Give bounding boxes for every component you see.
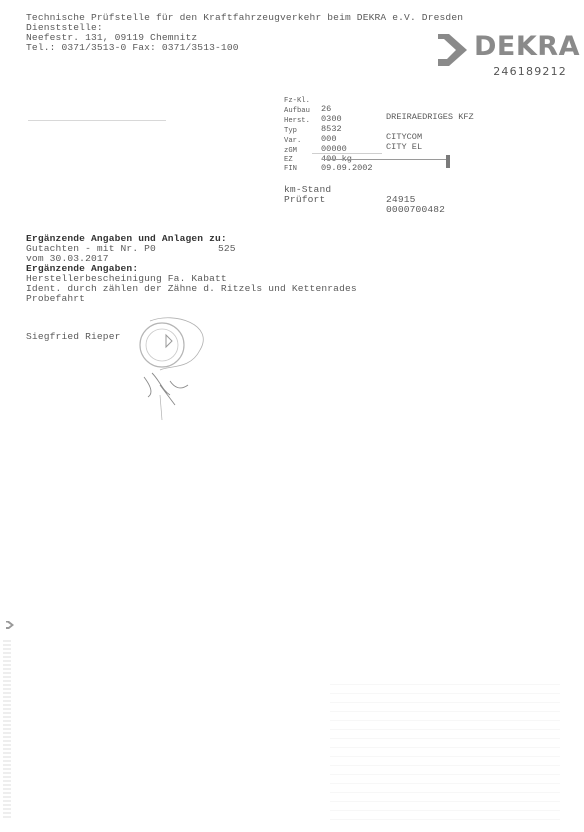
fin-redaction-end: [446, 155, 450, 168]
signer-name: Siegfried Rieper: [26, 332, 121, 342]
dekra-wordmark: DEKRA: [474, 31, 580, 62]
value-fz-kl: 26: [321, 105, 331, 113]
row-pruefort: Prüfort 0000700482: [284, 185, 308, 225]
document-number: 246189212: [493, 65, 567, 78]
label-pruefort: Prüfort: [284, 195, 325, 205]
dekra-chevron-icon: [436, 33, 470, 67]
dekra-logo: DEKRA 246189212: [436, 33, 571, 81]
value-ez: 09.09.2002: [321, 164, 373, 172]
value-pruefort: 0000700482: [386, 205, 445, 215]
dekra-side-chevron-icon: [5, 620, 15, 630]
note-test-drive: Probefahrt: [26, 294, 357, 304]
faint-rule: [28, 120, 166, 121]
value-var: 00000: [321, 145, 347, 153]
page-bleed-through: [330, 680, 560, 820]
gutachten-redaction: [156, 244, 218, 253]
value-typ: 000: [321, 135, 336, 143]
desc-typ: CITY EL: [386, 143, 422, 151]
desc-herst: CITYCOM: [386, 133, 422, 141]
fin-redaction-line: [324, 159, 448, 160]
faint-margin-print: [3, 640, 11, 820]
value-herst: 8532: [321, 125, 342, 133]
issuer-header: Technische Prüfstelle für den Kraftfahrz…: [26, 13, 463, 53]
office-phone-fax: Tel.: 0371/3513-0 Fax: 0371/3513-100: [26, 43, 463, 53]
ez-underline: [312, 153, 382, 154]
supplementary-section: Ergänzende Angaben und Anlagen zu: Gutac…: [26, 234, 357, 304]
value-aufbau: 0300: [321, 115, 342, 123]
vehicle-data-block: Fz-Kl. 26 DREIRAEDRIGES KFZ Aufbau 0300 …: [284, 89, 484, 199]
label-fin: FIN: [284, 165, 297, 173]
official-stamp-signature: [130, 315, 215, 425]
gutachten-suffix: 525: [218, 243, 236, 254]
desc-fz-kl: DREIRAEDRIGES KFZ: [386, 113, 474, 121]
